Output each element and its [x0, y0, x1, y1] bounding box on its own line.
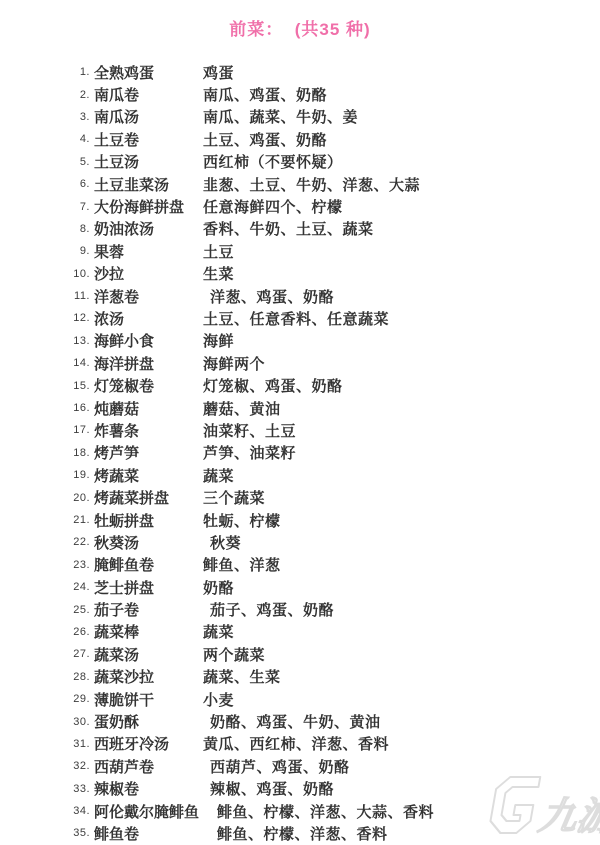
item-name: 烤蔬菜 [94, 465, 203, 486]
item-number: 35. [70, 827, 90, 839]
item-name: 茄子卷 [94, 599, 203, 620]
item-name: 大份海鲜拼盘 [94, 196, 203, 217]
item-number: 33. [70, 783, 90, 795]
list-item: 34.阿伦戴尔腌鲱鱼鲱鱼、柠檬、洋葱、大蒜、香料 [70, 800, 600, 822]
item-ingredients: 灯笼椒、鸡蛋、奶酪 [203, 375, 343, 396]
item-number: 30. [70, 716, 90, 728]
list-item: 23.腌鲱鱼卷鲱鱼、洋葱 [70, 554, 600, 576]
list-item: 10.沙拉生菜 [70, 263, 600, 285]
list-item: 22.秋葵汤秋葵 [70, 531, 600, 553]
item-name: 烤芦笋 [94, 442, 203, 463]
item-name: 阿伦戴尔腌鲱鱼 [94, 801, 203, 822]
item-name: 西葫芦卷 [94, 756, 203, 777]
item-name: 炸薯条 [94, 420, 203, 441]
item-ingredients: 蘑菇、黄油 [203, 398, 281, 419]
item-ingredients: 土豆、鸡蛋、奶酪 [203, 129, 327, 150]
item-name: 果蓉 [94, 241, 203, 262]
item-ingredients: 任意海鲜四个、柠檬 [203, 196, 343, 217]
item-ingredients: 茄子、鸡蛋、奶酪 [203, 599, 334, 620]
item-number: 7. [70, 201, 90, 213]
item-ingredients: 黄瓜、西红柿、洋葱、香料 [203, 733, 389, 754]
item-number: 27. [70, 648, 90, 660]
item-name: 秋葵汤 [94, 532, 203, 553]
item-number: 25. [70, 604, 90, 616]
item-ingredients: 蔬菜 [203, 621, 234, 642]
item-number: 34. [70, 805, 90, 817]
item-name: 海鲜小食 [94, 330, 203, 351]
item-name: 南瓜卷 [94, 84, 203, 105]
item-ingredients: 小麦 [203, 689, 234, 710]
item-ingredients: 西葫芦、鸡蛋、奶酪 [203, 756, 350, 777]
item-number: 10. [70, 268, 90, 280]
list-item: 28.蔬菜沙拉蔬菜、生菜 [70, 666, 600, 688]
list-item: 12.浓汤土豆、任意香料、任意蔬菜 [70, 307, 600, 329]
item-number: 18. [70, 447, 90, 459]
item-ingredients: 奶酪、鸡蛋、牛奶、黄油 [203, 711, 381, 732]
item-ingredients: 香料、牛奶、土豆、蔬菜 [203, 218, 374, 239]
item-ingredients: 蔬菜 [203, 465, 234, 486]
item-ingredients: 秋葵 [203, 532, 241, 553]
item-ingredients: 南瓜、鸡蛋、奶酪 [203, 84, 327, 105]
item-number: 21. [70, 514, 90, 526]
item-ingredients: 两个蔬菜 [203, 644, 265, 665]
item-ingredients: 西红柿（不要怀疑） [203, 151, 343, 172]
item-number: 14. [70, 357, 90, 369]
item-number: 12. [70, 312, 90, 324]
appetizer-list: 1.全熟鸡蛋鸡蛋2.南瓜卷南瓜、鸡蛋、奶酪3.南瓜汤南瓜、蔬菜、牛奶、姜4.土豆… [70, 61, 600, 845]
item-name: 沙拉 [94, 263, 203, 284]
item-ingredients: 牡蛎、柠檬 [203, 510, 281, 531]
list-item: 25.茄子卷茄子、鸡蛋、奶酪 [70, 598, 600, 620]
item-ingredients: 鲱鱼、柠檬、洋葱、大蒜、香料 [203, 801, 434, 822]
item-name: 炖蘑菇 [94, 398, 203, 419]
item-number: 20. [70, 492, 90, 504]
item-number: 29. [70, 693, 90, 705]
item-ingredients: 鲱鱼、柠檬、洋葱、香料 [203, 823, 388, 844]
item-number: 9. [70, 245, 90, 257]
item-name: 蔬菜棒 [94, 621, 203, 642]
item-number: 2. [70, 89, 90, 101]
item-name: 南瓜汤 [94, 106, 203, 127]
item-name: 灯笼椒卷 [94, 375, 203, 396]
item-ingredients: 生菜 [203, 263, 234, 284]
item-name: 蔬菜汤 [94, 644, 203, 665]
item-name: 土豆韭菜汤 [94, 174, 203, 195]
item-ingredients: 辣椒、鸡蛋、奶酪 [203, 778, 334, 799]
list-item: 17.炸薯条油菜籽、土豆 [70, 419, 600, 441]
item-name: 蔬菜沙拉 [94, 666, 203, 687]
list-item: 9.果蓉土豆 [70, 240, 600, 262]
item-name: 土豆汤 [94, 151, 203, 172]
item-number: 3. [70, 111, 90, 123]
item-number: 13. [70, 335, 90, 347]
item-ingredients: 蔬菜、生菜 [203, 666, 281, 687]
item-number: 22. [70, 536, 90, 548]
list-item: 35.鲱鱼卷鲱鱼、柠檬、洋葱、香料 [70, 822, 600, 844]
page-title: 前菜： (共35 种) [0, 15, 600, 40]
list-item: 6.土豆韭菜汤韭葱、土豆、牛奶、洋葱、大蒜 [70, 173, 600, 195]
list-item: 16.炖蘑菇蘑菇、黄油 [70, 397, 600, 419]
item-name: 洋葱卷 [94, 286, 203, 307]
item-name: 腌鲱鱼卷 [94, 554, 203, 575]
list-item: 20.烤蔬菜拼盘三个蔬菜 [70, 486, 600, 508]
list-item: 31.西班牙冷汤黄瓜、西红柿、洋葱、香料 [70, 733, 600, 755]
item-ingredients: 南瓜、蔬菜、牛奶、姜 [203, 106, 358, 127]
item-number: 6. [70, 178, 90, 190]
list-item: 27.蔬菜汤两个蔬菜 [70, 643, 600, 665]
item-ingredients: 洋葱、鸡蛋、奶酪 [203, 286, 334, 307]
item-name: 薄脆饼干 [94, 689, 203, 710]
item-number: 16. [70, 402, 90, 414]
list-item: 4.土豆卷土豆、鸡蛋、奶酪 [70, 128, 600, 150]
list-item: 24.芝士拼盘奶酪 [70, 576, 600, 598]
list-item: 1.全熟鸡蛋鸡蛋 [70, 61, 600, 83]
list-item: 3.南瓜汤南瓜、蔬菜、牛奶、姜 [70, 106, 600, 128]
item-number: 11. [70, 290, 90, 302]
item-ingredients: 韭葱、土豆、牛奶、洋葱、大蒜 [203, 174, 420, 195]
item-name: 鲱鱼卷 [94, 823, 203, 844]
item-ingredients: 鸡蛋 [203, 62, 234, 83]
list-item: 30.蛋奶酥奶酪、鸡蛋、牛奶、黄油 [70, 710, 600, 732]
list-item: 26.蔬菜棒蔬菜 [70, 621, 600, 643]
item-name: 辣椒卷 [94, 778, 203, 799]
menu-document: 前菜： (共35 种) 1.全熟鸡蛋鸡蛋2.南瓜卷南瓜、鸡蛋、奶酪3.南瓜汤南瓜… [0, 0, 600, 845]
item-name: 芝士拼盘 [94, 577, 203, 598]
item-number: 8. [70, 223, 90, 235]
item-name: 浓汤 [94, 308, 203, 329]
list-item: 5.土豆汤西红柿（不要怀疑） [70, 151, 600, 173]
list-item: 2.南瓜卷南瓜、鸡蛋、奶酪 [70, 83, 600, 105]
item-number: 28. [70, 671, 90, 683]
item-name: 全熟鸡蛋 [94, 62, 203, 83]
item-name: 海洋拼盘 [94, 353, 203, 374]
list-item: 21.牡蛎拼盘牡蛎、柠檬 [70, 509, 600, 531]
item-name: 烤蔬菜拼盘 [94, 487, 203, 508]
list-item: 13.海鲜小食海鲜 [70, 330, 600, 352]
item-ingredients: 土豆 [203, 241, 234, 262]
item-number: 17. [70, 424, 90, 436]
item-name: 西班牙冷汤 [94, 733, 203, 754]
item-number: 26. [70, 626, 90, 638]
list-item: 32.西葫芦卷西葫芦、鸡蛋、奶酪 [70, 755, 600, 777]
item-ingredients: 海鲜 [203, 330, 234, 351]
list-item: 29.薄脆饼干小麦 [70, 688, 600, 710]
item-ingredients: 油菜籽、土豆 [203, 420, 296, 441]
item-ingredients: 鲱鱼、洋葱 [203, 554, 281, 575]
item-number: 23. [70, 559, 90, 571]
list-item: 19.烤蔬菜蔬菜 [70, 464, 600, 486]
item-number: 1. [70, 66, 90, 78]
item-ingredients: 海鲜两个 [203, 353, 265, 374]
item-number: 24. [70, 581, 90, 593]
item-number: 15. [70, 380, 90, 392]
item-name: 蛋奶酥 [94, 711, 203, 732]
item-number: 32. [70, 760, 90, 772]
item-ingredients: 土豆、任意香料、任意蔬菜 [203, 308, 389, 329]
item-name: 奶油浓汤 [94, 218, 203, 239]
item-name: 土豆卷 [94, 129, 203, 150]
list-item: 8.奶油浓汤香料、牛奶、土豆、蔬菜 [70, 218, 600, 240]
item-ingredients: 三个蔬菜 [203, 487, 265, 508]
item-number: 19. [70, 469, 90, 481]
list-item: 33.辣椒卷辣椒、鸡蛋、奶酪 [70, 778, 600, 800]
list-item: 14.海洋拼盘海鲜两个 [70, 352, 600, 374]
item-ingredients: 奶酪 [203, 577, 234, 598]
list-item: 11.洋葱卷洋葱、鸡蛋、奶酪 [70, 285, 600, 307]
item-number: 5. [70, 156, 90, 168]
list-item: 15.灯笼椒卷灯笼椒、鸡蛋、奶酪 [70, 374, 600, 396]
item-name: 牡蛎拼盘 [94, 510, 203, 531]
item-number: 4. [70, 133, 90, 145]
item-ingredients: 芦笋、油菜籽 [203, 442, 296, 463]
list-item: 18.烤芦笋芦笋、油菜籽 [70, 442, 600, 464]
item-number: 31. [70, 738, 90, 750]
list-item: 7.大份海鲜拼盘任意海鲜四个、柠檬 [70, 195, 600, 217]
